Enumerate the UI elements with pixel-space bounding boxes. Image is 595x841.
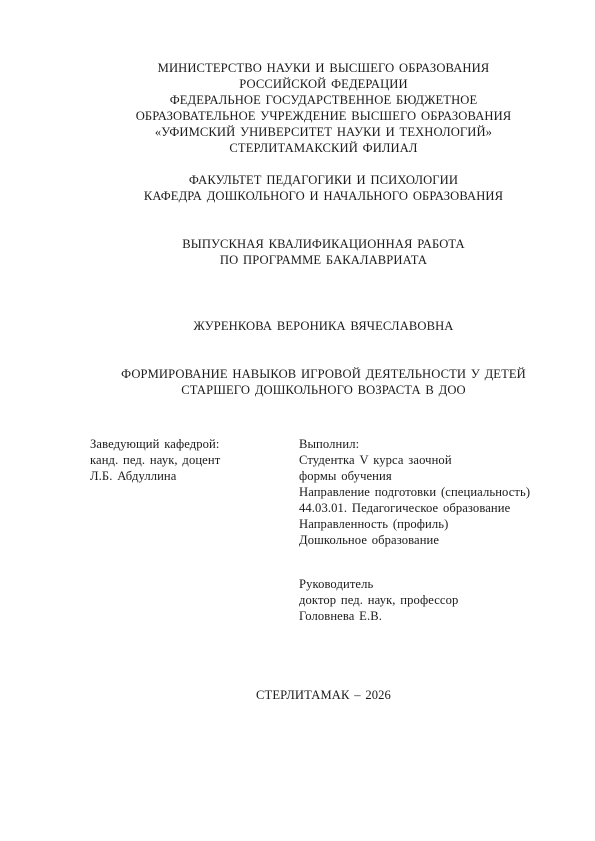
ministry-line: МИНИСТЕРСТВО НАУКИ И ВЫСШЕГО ОБРАЗОВАНИЯ [26, 60, 595, 76]
head-of-department-degree: канд. пед. наук, доцент [90, 452, 220, 468]
city-year-footer: СТЕРЛИТАМАК – 2026 [26, 687, 595, 703]
city-year-text: СТЕРЛИТАМАК – 2026 [26, 687, 595, 703]
performer-line: 44.03.01. Педагогическое образование [299, 500, 530, 516]
author-name-text: ЖУРЕНКОВА ВЕРОНИКА ВЯЧЕСЛАВОВНА [26, 318, 595, 334]
performer-line: формы обучения [299, 468, 530, 484]
performer-block: Выполнил: Студентка V курса заочной форм… [299, 436, 530, 548]
supervisor-label: Руководитель [299, 576, 458, 592]
head-of-department-label: Заведующий кафедрой: [90, 436, 220, 452]
work-type-line: ПО ПРОГРАММЕ БАКАЛАВРИАТА [26, 252, 595, 268]
ministry-line: РОССИЙСКОЙ ФЕДЕРАЦИИ [26, 76, 595, 92]
thesis-topic-line: ФОРМИРОВАНИЕ НАВЫКОВ ИГРОВОЙ ДЕЯТЕЛЬНОСТ… [26, 366, 595, 382]
thesis-topic-line: СТАРШЕГО ДОШКОЛЬНОГО ВОЗРАСТА В ДОО [26, 382, 595, 398]
ministry-line: СТЕРЛИТАМАКСКИЙ ФИЛИАЛ [26, 140, 595, 156]
ministry-header: МИНИСТЕРСТВО НАУКИ И ВЫСШЕГО ОБРАЗОВАНИЯ… [26, 60, 595, 156]
work-type-line: ВЫПУСКНАЯ КВАЛИФИКАЦИОННАЯ РАБОТА [26, 236, 595, 252]
performer-label: Выполнил: [299, 436, 530, 452]
performer-line: Направленность (профиль) [299, 516, 530, 532]
ministry-line: ФЕДЕРАЛЬНОЕ ГОСУДАРСТВЕННОЕ БЮДЖЕТНОЕ [26, 92, 595, 108]
faculty-line: ФАКУЛЬТЕТ ПЕДАГОГИКИ И ПСИХОЛОГИИ [26, 172, 595, 188]
department-line: КАФЕДРА ДОШКОЛЬНОГО И НАЧАЛЬНОГО ОБРАЗОВ… [26, 188, 595, 204]
faculty-header: ФАКУЛЬТЕТ ПЕДАГОГИКИ И ПСИХОЛОГИИ КАФЕДР… [26, 172, 595, 204]
author-name: ЖУРЕНКОВА ВЕРОНИКА ВЯЧЕСЛАВОВНА [26, 318, 595, 334]
performer-line: Студентка V курса заочной [299, 452, 530, 468]
head-of-department-block: Заведующий кафедрой: канд. пед. наук, до… [90, 436, 220, 484]
ministry-line: «УФИМСКИЙ УНИВЕРСИТЕТ НАУКИ И ТЕХНОЛОГИЙ… [26, 124, 595, 140]
supervisor-name: Головнева Е.В. [299, 608, 458, 624]
performer-line: Направление подготовки (специальность) [299, 484, 530, 500]
thesis-topic: ФОРМИРОВАНИЕ НАВЫКОВ ИГРОВОЙ ДЕЯТЕЛЬНОСТ… [26, 366, 595, 398]
supervisor-degree: доктор пед. наук, профессор [299, 592, 458, 608]
work-type: ВЫПУСКНАЯ КВАЛИФИКАЦИОННАЯ РАБОТА ПО ПРО… [26, 236, 595, 268]
supervisor-block: Руководитель доктор пед. наук, профессор… [299, 576, 458, 624]
ministry-line: ОБРАЗОВАТЕЛЬНОЕ УЧРЕЖДЕНИЕ ВЫСШЕГО ОБРАЗ… [26, 108, 595, 124]
head-of-department-name: Л.Б. Абдуллина [90, 468, 220, 484]
performer-line: Дошкольное образование [299, 532, 530, 548]
